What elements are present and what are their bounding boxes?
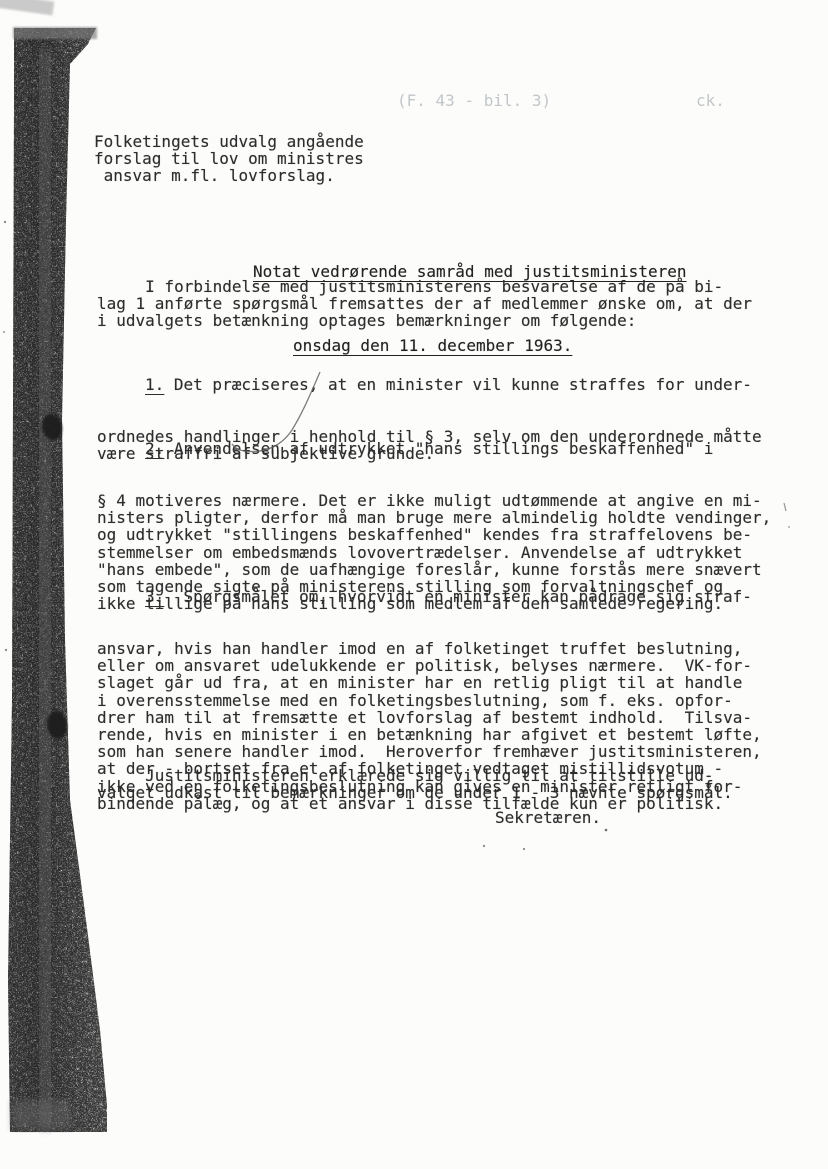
margin-speck	[5, 649, 7, 651]
doc-ref: (F. 43 - bil. 3)	[397, 92, 551, 109]
section-1-first-line: 1. Det præciseres, at en minister vil ku…	[97, 376, 762, 393]
signature: Sekretæren.	[495, 809, 601, 826]
stray-dot	[788, 526, 790, 528]
stray-dot	[523, 848, 525, 850]
section-1-number: 1.	[145, 375, 164, 394]
margin-speck	[3, 331, 5, 333]
closing-paragraph: Justitsministeren erklærede sig villig t…	[97, 767, 733, 801]
section-3-number: 3.	[145, 587, 164, 606]
committee-address: Folketingets udvalg angående forslag til…	[94, 133, 364, 185]
band-bottom-shadow	[12, 1100, 70, 1130]
band-top-cap	[13, 27, 97, 39]
section-3-first-line: 3. Spørgsmålet om, hvorvidt en minister …	[97, 588, 762, 605]
punch-hole-bottom	[45, 710, 69, 741]
typist-initials: ck.	[696, 92, 725, 109]
stray-tick	[784, 503, 786, 511]
corner-smudge	[0, 0, 54, 15]
margin-speck	[4, 221, 6, 223]
band-shape	[8, 28, 107, 1132]
intro-paragraph: I forbindelse med justitsministerens bes…	[97, 278, 752, 330]
scanned-document-page: (F. 43 - bil. 3) ck. Folketingets udvalg…	[0, 0, 828, 1169]
section-3: 3. Spørgsmålet om, hvorvidt en minister …	[97, 554, 762, 846]
section-2-number: 2.	[145, 439, 164, 458]
section-2-first-line: 2. Anvendelsen af udtrykket "hans stilli…	[97, 440, 771, 457]
punch-hole-top	[40, 412, 65, 442]
band-dark-core	[40, 50, 50, 1130]
